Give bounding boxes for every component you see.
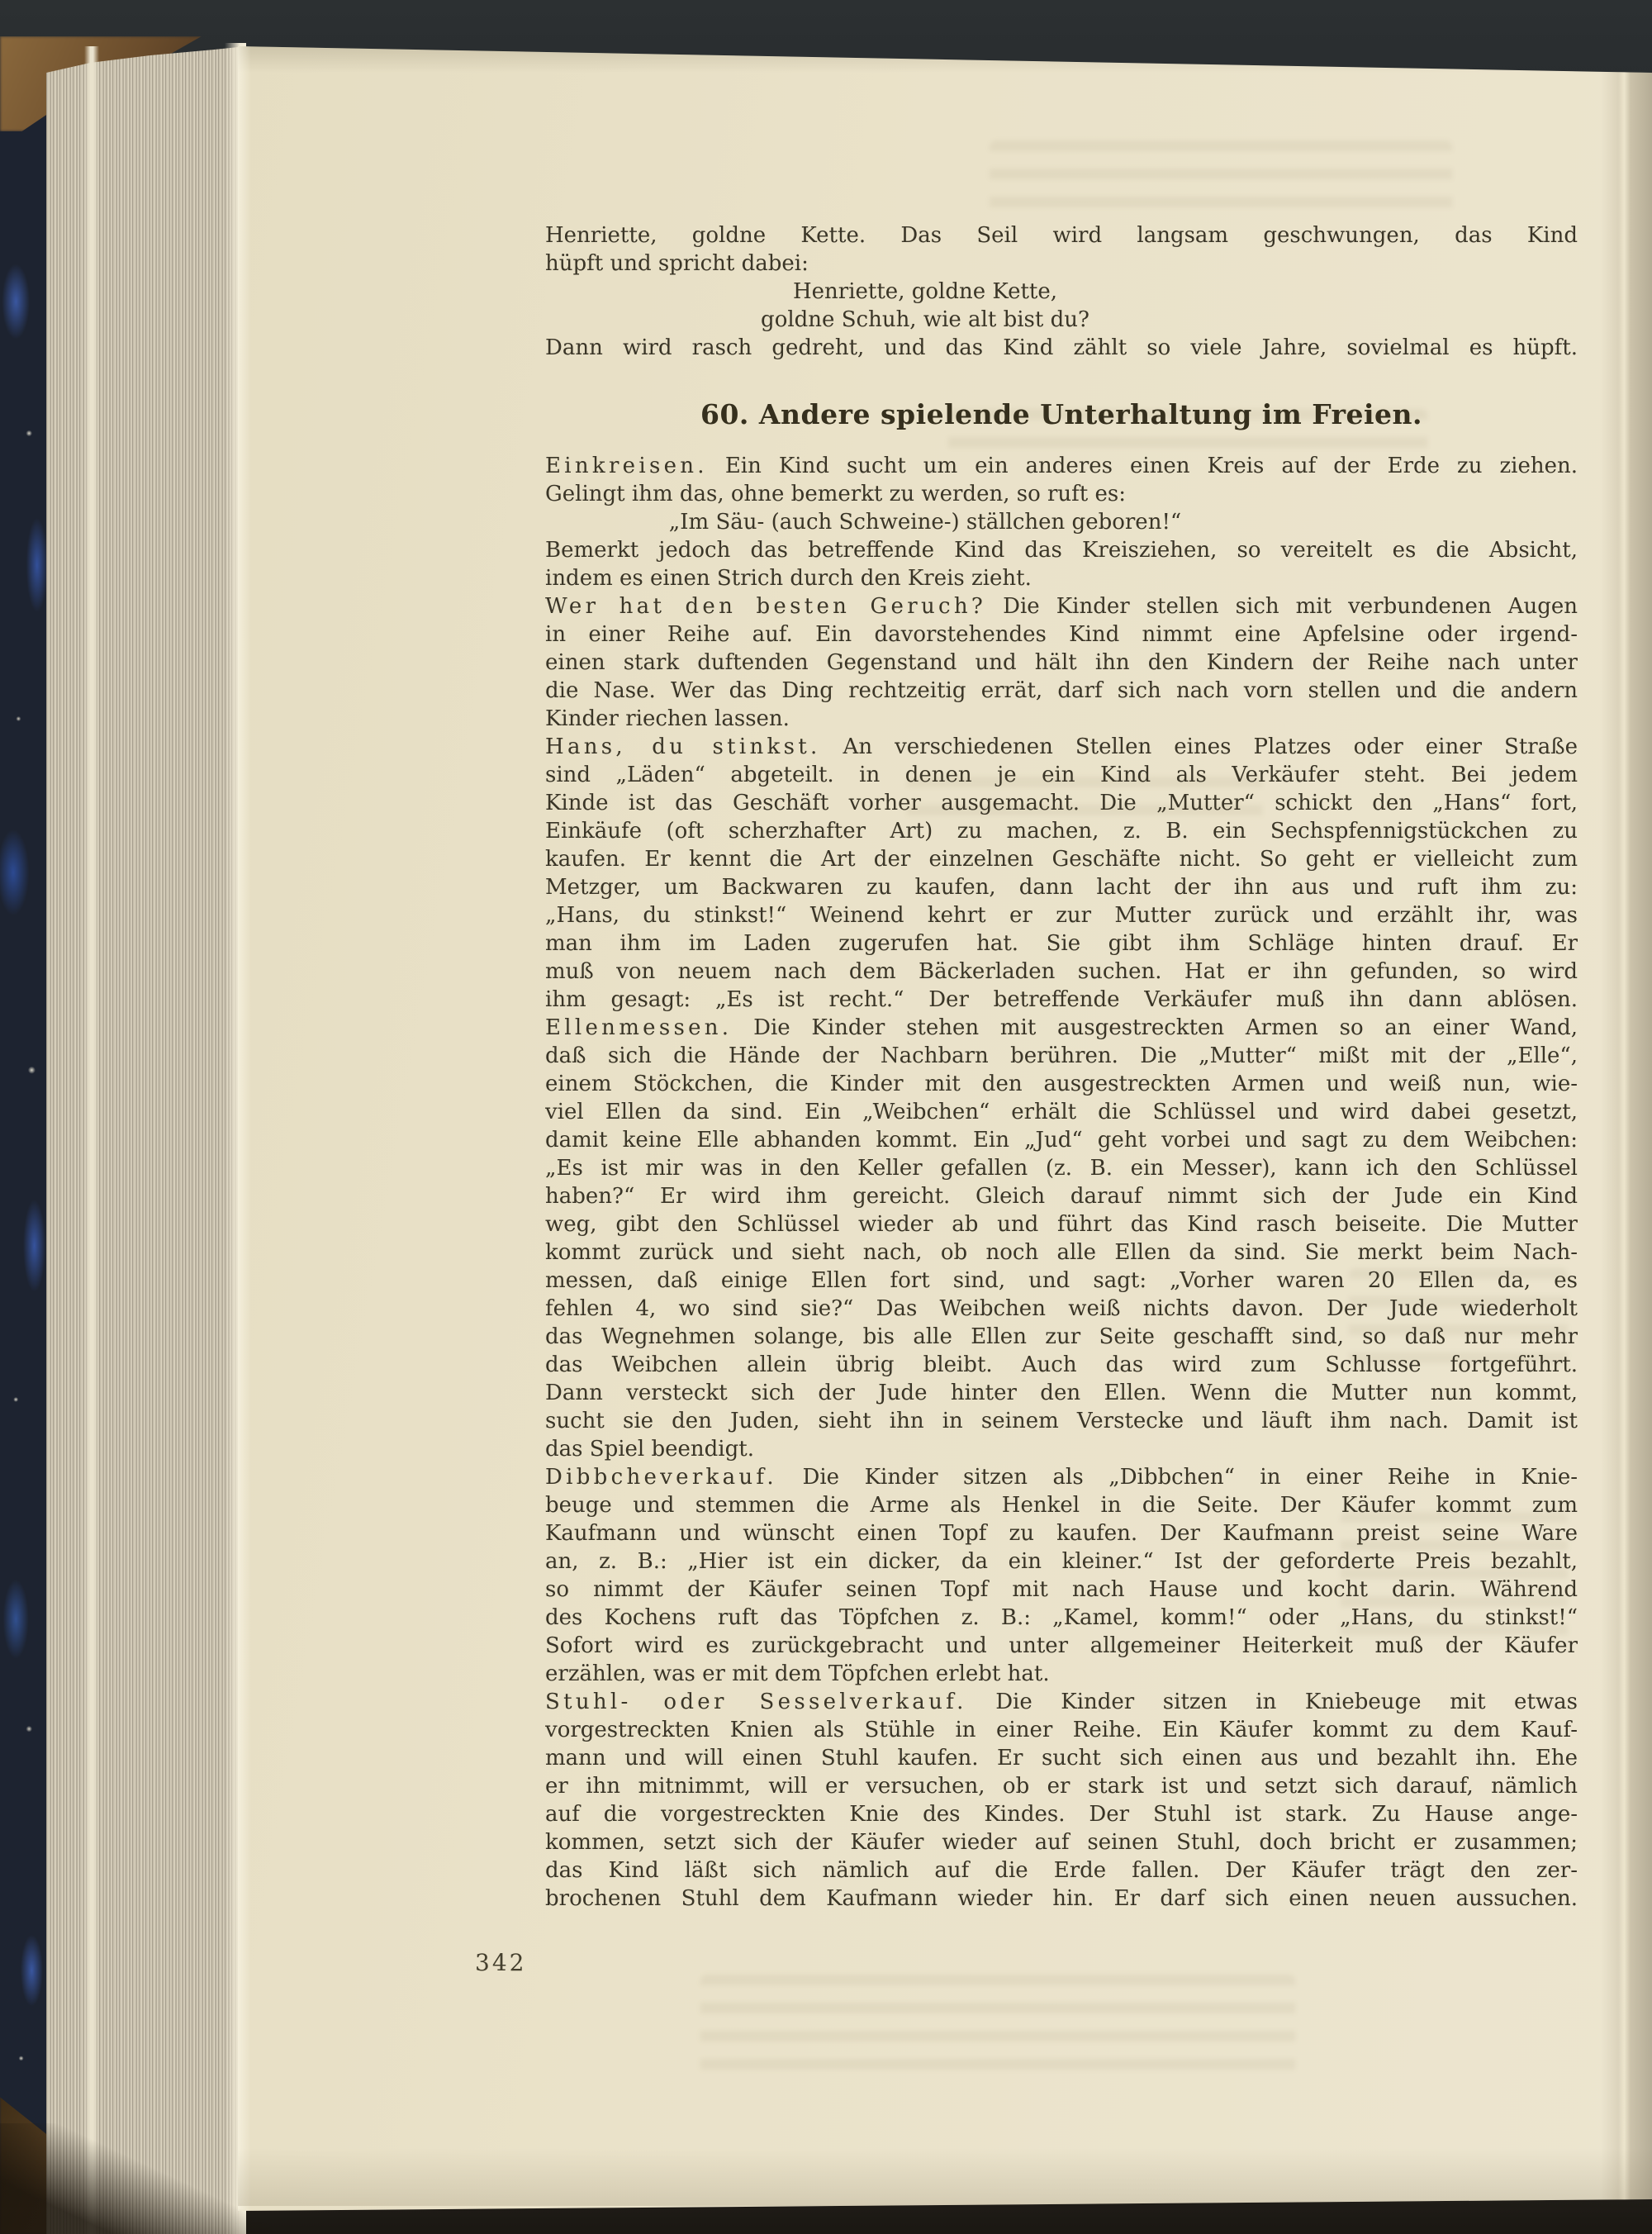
text-line: brochenen Stuhl dem Kaufmann wieder hin.…: [545, 1885, 1578, 1913]
text-line: erzählen, was er mit dem Töpfchen erlebt…: [545, 1660, 1578, 1688]
text-line: Kinde ist das Geschäft vorher ausgemacht…: [545, 789, 1578, 817]
page-gutter-highlight: [238, 46, 251, 2211]
entry-lead-line: 3733.Wer hat den besten Geruch? Die Kind…: [545, 592, 1578, 620]
entry-3737: 3737.Stuhl- oder Sesselverkauf. Die Kind…: [545, 1688, 1578, 1913]
text-line: Kaufmann und wünscht einen Topf zu kaufe…: [545, 1519, 1578, 1547]
lead-text: Die Kinder stellen sich mit verbundenen …: [986, 594, 1578, 619]
text-line: viel Ellen da sind. Ein „Weibchen“ erhäl…: [545, 1098, 1578, 1126]
game-title: Henriette, goldne Kette.: [545, 223, 866, 248]
game-title: Wer hat den besten Geruch?: [545, 594, 986, 619]
text-line: Metzger, um Backwaren zu kaufen, dann la…: [545, 873, 1578, 901]
page-stack-fore-edge: [46, 46, 246, 2234]
text-column: 3731.Henriette, goldne Kette. Das Seil w…: [545, 221, 1578, 1913]
lead-text: Die Kinder sitzen in Kniebeuge mit etwas: [967, 1690, 1578, 1714]
lead-text: Die Kinder sitzen als „Dibbchen“ in eine…: [777, 1465, 1578, 1490]
text-line: das Kind läßt sich nämlich auf die Erde …: [545, 1856, 1578, 1885]
text-line: kaufen. Er kennt die Art der einzelnen G…: [545, 845, 1578, 873]
text-line: „Hans, du stinkst!“ Weinend kehrt er zur…: [545, 901, 1578, 929]
game-title: Dibbcheverkauf.: [545, 1465, 777, 1490]
entry-lead-line: 3731.Henriette, goldne Kette. Das Seil w…: [545, 221, 1578, 250]
text-line: Einkäufe (oft scherzhafter Art) zu mache…: [545, 817, 1578, 845]
text-line: indem es einen Strich durch den Kreis zi…: [545, 564, 1578, 592]
game-title: Stuhl- oder Sesselverkauf.: [545, 1690, 967, 1714]
text-line: „Im Säu- (auch Schweine-) ställchen gebo…: [545, 508, 1578, 536]
text-line: Gelingt ihm das, ohne bemerkt zu werden,…: [545, 480, 1578, 508]
game-title: Einkreisen.: [545, 454, 708, 478]
text-line: Kinder riechen lassen.: [545, 705, 1578, 733]
text-line: messen, daß einige Ellen fort sind, und …: [545, 1267, 1578, 1295]
bottom-left-shadow: [0, 2123, 273, 2234]
text-line: kommt zurück und sieht nach, ob noch all…: [545, 1238, 1578, 1267]
page-bottom-shadow: [238, 2148, 1652, 2206]
text-line: Henriette, goldne Kette,: [545, 278, 1578, 306]
text-line: an, z. B.: „Hier ist ein dicker, da ein …: [545, 1547, 1578, 1576]
text-line: das Spiel beendigt.: [545, 1435, 1578, 1463]
lead-text: Ein Kind sucht um ein anderes einen Krei…: [708, 454, 1578, 478]
text-line: beuge und stemmen die Arme als Henkel in…: [545, 1491, 1578, 1519]
text-line: Dann versteckt sich der Jude hinter den …: [545, 1379, 1578, 1407]
text-line: in einer Reihe auf. Ein davorstehendes K…: [545, 620, 1578, 649]
page-stack-gap-highlight: [84, 46, 99, 2234]
bleed-through-text: [700, 1975, 1295, 2082]
page-number: 342: [475, 1948, 526, 1978]
text-line: daß sich die Hände der Nachbarn berühren…: [545, 1042, 1578, 1070]
section-heading: 60. Andere spielende Unterhaltung im Fre…: [545, 397, 1578, 433]
text-line: sind „Läden“ abgeteilt. in denen je ein …: [545, 761, 1578, 789]
entry-3735: 3735.Ellenmessen. Die Kinder stehen mit …: [545, 1014, 1578, 1463]
text-line: fehlen 4, wo sind sie?“ Das Weibchen wei…: [545, 1295, 1578, 1323]
page-right-edge-shading: [1601, 66, 1652, 2206]
entry-3734: 3734.Hans, du stinkst. An verschiedenen …: [545, 733, 1578, 1014]
entry-lead-line: 3734.Hans, du stinkst. An verschiedenen …: [545, 733, 1578, 761]
text-line: Bemerkt jedoch das betreffende Kind das …: [545, 536, 1578, 564]
text-line: Dann wird rasch gedreht, und das Kind zä…: [545, 334, 1578, 362]
text-line: haben?“ Er wird ihm gereicht. Gleich dar…: [545, 1182, 1578, 1210]
lead-text: An verschiedenen Stellen eines Platzes o…: [821, 734, 1578, 759]
entry-3733: 3733.Wer hat den besten Geruch? Die Kind…: [545, 592, 1578, 733]
lead-text: Das Seil wird langsam geschwungen, das K…: [866, 223, 1578, 248]
lead-text: Die Kinder stehen mit ausgestreckten Arm…: [732, 1015, 1578, 1040]
bleed-through-text: [990, 140, 1452, 223]
text-line: das Weibchen allein übrig bleibt. Auch d…: [545, 1351, 1578, 1379]
entries-main: 3732.Einkreisen. Ein Kind sucht um ein a…: [545, 452, 1578, 1913]
entry-lead-line: 3732.Einkreisen. Ein Kind sucht um ein a…: [545, 452, 1578, 480]
text-line: muß von neuem nach dem Bäckerladen suche…: [545, 958, 1578, 986]
text-line: die Nase. Wer das Ding rechtzeitig errät…: [545, 677, 1578, 705]
text-line: er ihn mitnimmt, will er versuchen, ob e…: [545, 1772, 1578, 1800]
text-line: ihm gesagt: „Es ist recht.“ Der betreffe…: [545, 986, 1578, 1014]
text-line: einen stark duftenden Gegenstand und häl…: [545, 649, 1578, 677]
text-line: kommen, setzt sich der Käufer wieder auf…: [545, 1828, 1578, 1856]
text-line: auf die vorgestreckten Knie des Kindes. …: [545, 1800, 1578, 1828]
entry-3732: 3732.Einkreisen. Ein Kind sucht um ein a…: [545, 452, 1578, 592]
text-line: „Es ist mir was in den Keller gefallen (…: [545, 1154, 1578, 1182]
entry-lead-line: 3735.Ellenmessen. Die Kinder stehen mit …: [545, 1014, 1578, 1042]
text-line: einem Stöckchen, die Kinder mit den ausg…: [545, 1070, 1578, 1098]
text-line: sucht sie den Juden, sieht ihn in seinem…: [545, 1407, 1578, 1435]
text-line: so nimmt der Käufer seinen Topf mit nach…: [545, 1576, 1578, 1604]
text-line: man ihm im Laden zugerufen hat. Sie gibt…: [545, 929, 1578, 958]
entry-3736: 3736.Dibbcheverkauf. Die Kinder sitzen a…: [545, 1463, 1578, 1688]
entry-lead-line: 3737.Stuhl- oder Sesselverkauf. Die Kind…: [545, 1688, 1578, 1716]
text-line: Sofort wird es zurückgebracht und unter …: [545, 1632, 1578, 1660]
game-title: Hans, du stinkst.: [545, 734, 821, 759]
text-line: goldne Schuh, wie alt bist du?: [545, 306, 1578, 334]
entry-3731: 3731.Henriette, goldne Kette. Das Seil w…: [545, 221, 1578, 362]
text-line: mann und will einen Stuhl kaufen. Er suc…: [545, 1744, 1578, 1772]
entries-top: 3731.Henriette, goldne Kette. Das Seil w…: [545, 221, 1578, 362]
text-line: damit keine Elle abhanden kommt. Ein „Ju…: [545, 1126, 1578, 1154]
text-line: hüpft und spricht dabei:: [545, 250, 1578, 278]
text-line: des Kochens ruft das Töpfchen z. B.: „Ka…: [545, 1604, 1578, 1632]
text-line: das Wegnehmen solange, bis alle Ellen zu…: [545, 1323, 1578, 1351]
page-surface: 3731.Henriette, goldne Kette. Das Seil w…: [238, 0, 1652, 2234]
book-cover-marbled-edge: [0, 38, 53, 2234]
text-line: vorgestreckten Knien als Stühle in einer…: [545, 1716, 1578, 1744]
entry-lead-line: 3736.Dibbcheverkauf. Die Kinder sitzen a…: [545, 1463, 1578, 1491]
game-title: Ellenmessen.: [545, 1015, 732, 1040]
text-line: weg, gibt den Schlüssel wieder ab und fü…: [545, 1210, 1578, 1238]
